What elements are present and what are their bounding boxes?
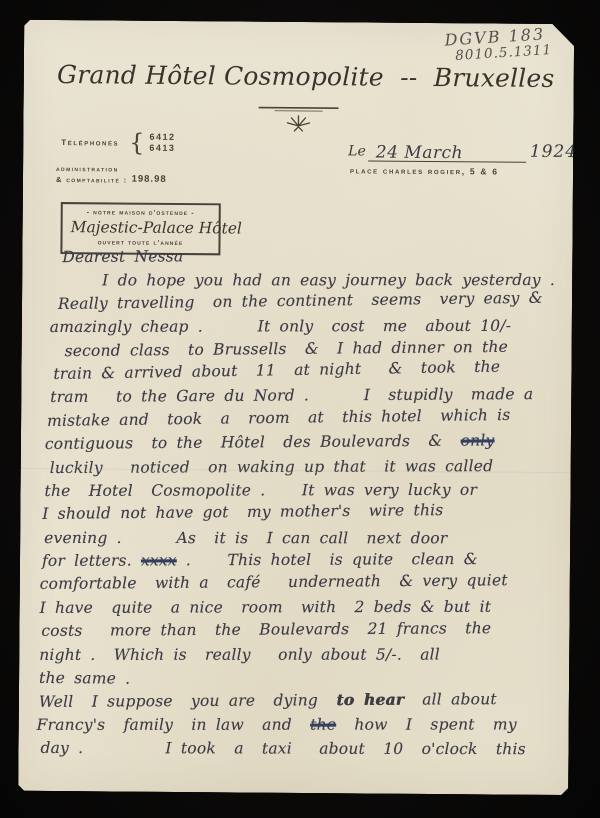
letter-text: Well I suppose you are dying <box>39 692 337 712</box>
struck-word: only <box>461 432 495 450</box>
administration-row: Administration & Comptabilité : 198.98 <box>56 163 221 187</box>
letter-text: . This hotel is quite clean & <box>177 550 478 569</box>
struck-word: xxxx <box>141 551 177 569</box>
letter-text: comfortable with a café underneath & ver… <box>40 572 508 594</box>
letter-line: Well I suppose you are dying to hear all… <box>39 689 562 716</box>
letter-line: costs more than the Boulevards 21 francs… <box>41 619 562 646</box>
letter-text: night . Which is really only about 5/-. … <box>39 645 440 663</box>
letter-text: the Hotel Cosmopolite . It was very luck… <box>44 481 477 500</box>
letter-text: how I spent my <box>336 715 517 733</box>
date-prefix: Le <box>348 143 366 159</box>
letter-line: evening . As it is I can call next door <box>44 529 563 553</box>
letter-text: I should not have got my mother's wire t… <box>42 501 443 523</box>
letter-text: amazingly cheap . It only cost me about … <box>50 317 511 336</box>
letter-line: Francy's family in law and the how I spe… <box>37 715 562 739</box>
letter-text: I have quite a nice room with 2 beds & b… <box>40 598 492 617</box>
struck-word: the <box>310 715 336 733</box>
letter-line: I should not have got my mother's wire t… <box>42 500 563 528</box>
letter-paper: DGVB 183 8010.5.1311 Grand Hôtel Cosmopo… <box>18 20 574 795</box>
letter-line: day . I took a taxi about 10 o'clock thi… <box>40 739 561 764</box>
telephone-number-1: 6412 <box>149 132 175 143</box>
comptabilite-label: & Comptabilité : <box>56 174 128 186</box>
date-block: Le24 March1924 Place Charles Rogier, 5 &… <box>348 140 577 177</box>
letter-line: contiguous to the Hôtel des Boulevards &… <box>45 431 564 458</box>
contact-block: Téléphones { 6412 6413 Administration & … <box>60 128 221 255</box>
letter-text: the same . <box>39 669 130 688</box>
letter-text: day . I took a taxi about 10 o'clock thi… <box>40 739 525 758</box>
letter-text: Dearest Nessa <box>62 247 183 266</box>
letter-line: comfortable with a café underneath & ver… <box>40 571 563 598</box>
letter-text: evening . As it is I can call next door <box>44 529 447 547</box>
administration-number: 198.98 <box>132 173 167 184</box>
brace-glyph: { <box>129 129 145 157</box>
letterhead-title: Grand Hôtel Cosmopolite -- Bruxelles <box>24 60 574 93</box>
letter-body: Dearest NessaI do hope you had an easy j… <box>36 248 565 767</box>
administration-label: Administration <box>56 163 128 175</box>
divider-ornament-icon <box>258 104 338 140</box>
handwritten-year: 1924 <box>530 142 577 162</box>
letter-text: luckily noticed on waking up that it was… <box>50 457 494 477</box>
letter-text: contiguous to the Hôtel des Boulevards & <box>45 432 461 453</box>
archive-annotation: DGVB 183 8010.5.1311 <box>445 26 547 63</box>
letter-text: Francy's family in law and <box>37 715 310 733</box>
letter-text: for letters. <box>42 552 141 570</box>
telephones-label: Téléphones <box>61 138 119 147</box>
letter-text: I do hope you had an easy journey back y… <box>102 271 555 289</box>
letter-line: luckily noticed on waking up that it was… <box>50 456 564 482</box>
letter-text: tram to the Gare du Nord . I stupidly ma… <box>50 385 533 406</box>
letter-text: all about <box>404 691 497 710</box>
telephone-number-2: 6413 <box>149 143 175 154</box>
letter-text: costs more than the Boulevards 21 francs… <box>41 619 491 640</box>
telephones-row: Téléphones { 6412 6413 <box>61 128 221 157</box>
date-underline: 24 March <box>368 140 526 162</box>
ouvert-line: Ouvert toute l'année <box>70 239 210 247</box>
photographed-letter-scene: DGVB 183 8010.5.1311 Grand Hôtel Cosmopo… <box>0 0 600 818</box>
hotel-address: Place Charles Rogier, 5 & 6 <box>350 165 577 177</box>
letter-line: night . Which is really only about 5/-. … <box>39 645 562 669</box>
majestic-palace-name: Majestic-Palace Hôtel <box>71 218 211 237</box>
letter-line: Dearest Nessa <box>62 245 565 271</box>
ostende-line: - Notre Maison d'Ostende - <box>71 209 211 217</box>
letter-text: to hear <box>336 690 404 709</box>
handwritten-date: 24 March <box>376 143 463 164</box>
letter-text: second class to Brussells & I had dinner… <box>65 337 509 359</box>
